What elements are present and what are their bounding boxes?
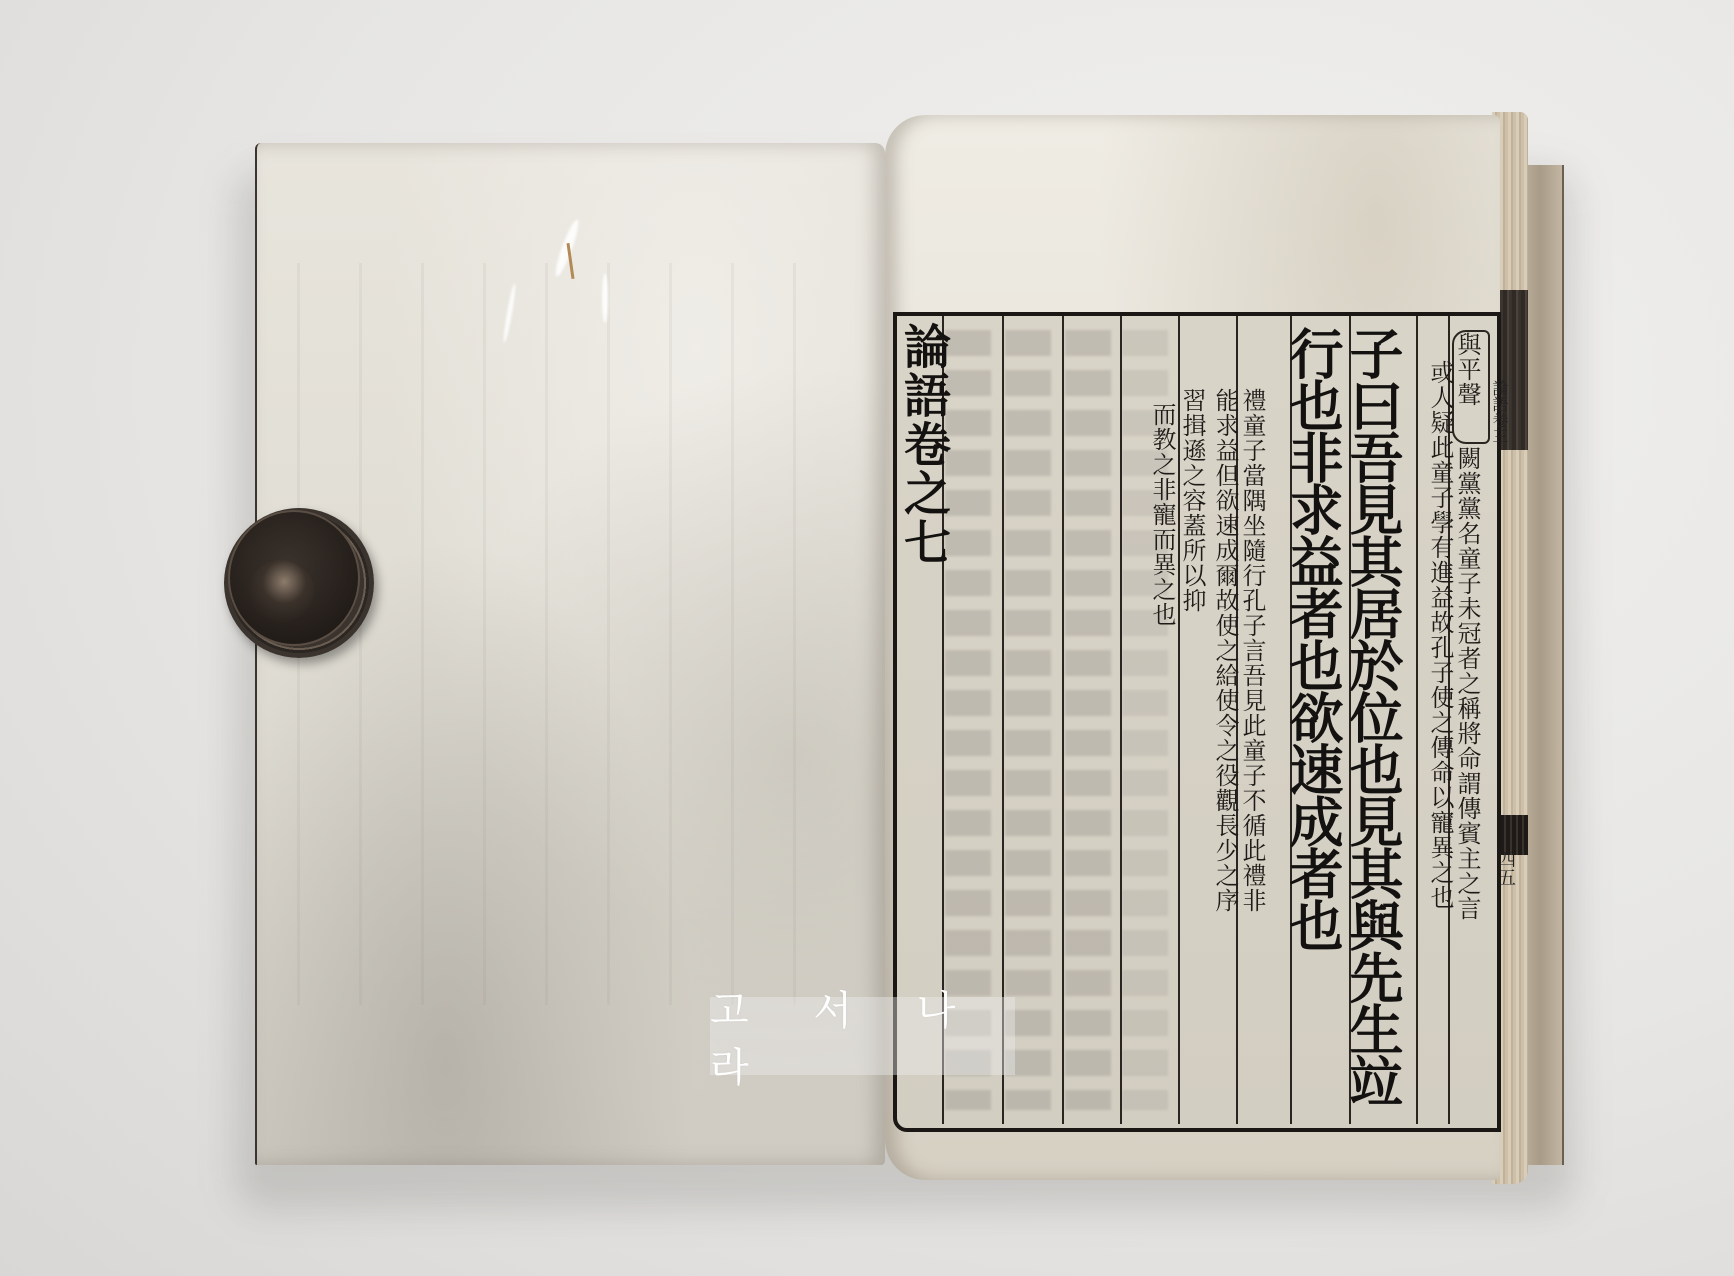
commentary-column-3: 禮童子當隅坐隨行孔子言吾見此童子不循此禮非 [1240,388,1264,913]
column-rule [1120,316,1122,1124]
back-cover-edge [1525,165,1564,1165]
fore-edge-title: 論語卷三 [1490,380,1508,444]
book-title: 論語卷之七 [898,322,948,567]
column-rule [1062,316,1064,1124]
main-text-column-2: 行也非求益者也欲速成者也 [1283,326,1343,950]
watermark: 고 서 나 라 [710,997,1015,1075]
paperweight-knob-icon [248,560,314,622]
main-text-column-1: 子曰吾見其居於位也見其與先生竝 [1343,326,1403,1106]
commentary-column-1: 闕黨黨名童子未冠者之稱將命謂傳賓主之言 [1455,446,1479,921]
paper-fiber [602,273,608,323]
commentary-pronunciation: 與平聲 [1455,332,1479,407]
ghost-column [1065,330,1111,1110]
commentary-column-4: 能求益但欲速成爾故使之給使令之役觀長少之序 [1213,388,1237,913]
commentary-column-2: 或人疑此童子學有進益故孔子使之傳命以寵異之也 [1428,360,1452,910]
fore-edge-page-number: 四五 [1492,850,1518,886]
show-through-texture [297,263,845,1005]
commentary-column-5: 習揖遜之容蓋所以抑 [1180,388,1204,613]
column-rule [1416,316,1418,1124]
commentary-column-6: 而教之非寵而異之也 [1150,402,1174,627]
